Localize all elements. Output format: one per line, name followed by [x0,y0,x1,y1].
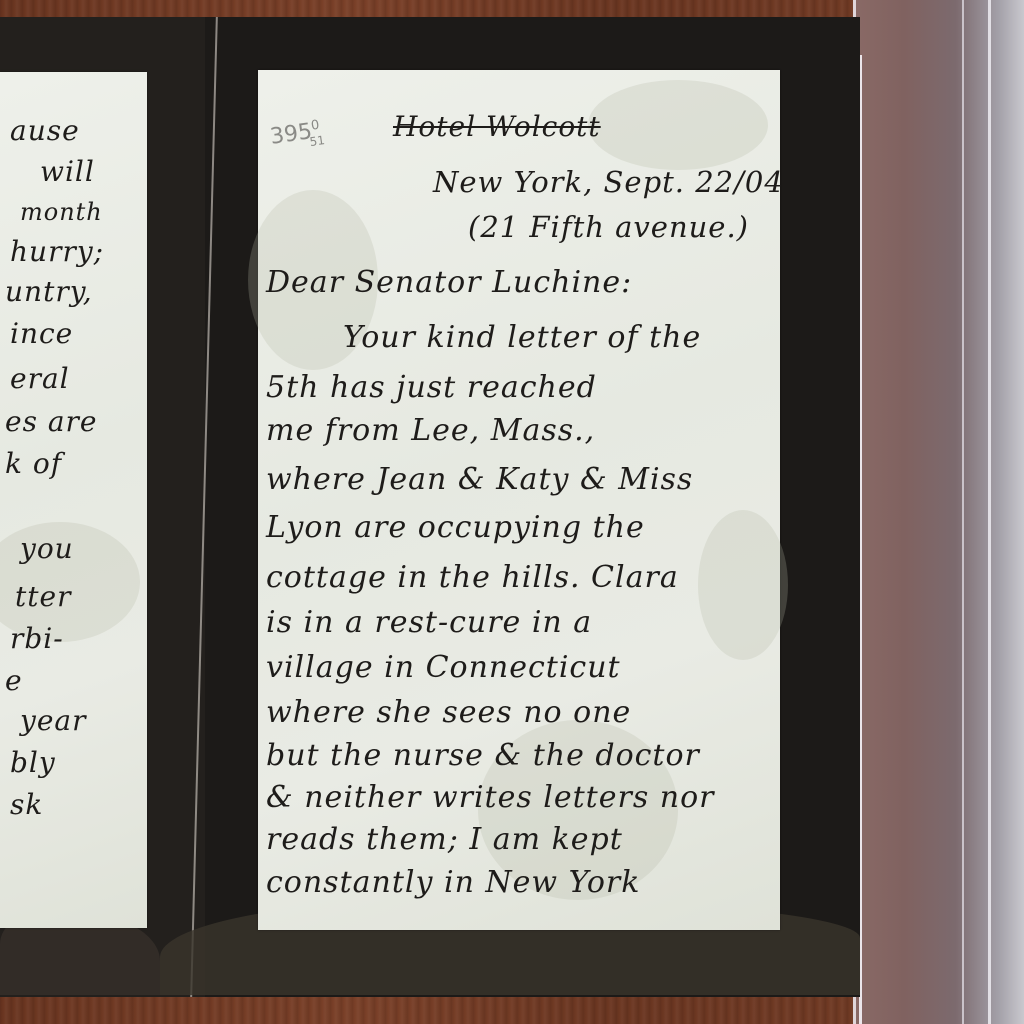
handwritten-line: untry, [5,275,93,308]
handwritten-line: rbi- [10,622,64,655]
handwritten-line: e [5,664,23,697]
sleeve-edge [962,0,964,1024]
address-line: (21 Fifth avenue.) [468,210,749,244]
letter-body-line: & neither writes letters nor [266,780,714,815]
handwritten-line: sk [10,788,43,821]
letter-body-line: where she sees no one [266,695,631,730]
letter-body-line: Lyon are occupying the [266,510,645,545]
struck-letterhead: Hotel Wolcott [393,110,601,143]
handwritten-line: tter [15,580,71,613]
letter-body-line: is in a rest-cure in a [266,605,592,640]
handwritten-line: you [20,532,74,565]
handwritten-line: ause [10,114,80,147]
handwritten-line: hurry; [10,235,104,268]
letter-body-line: 5th has just reached [266,370,597,405]
handwritten-line: will [40,155,95,188]
letter-body-line: but the nurse & the doctor [266,738,700,773]
letter-body-line: village in Connecticut [266,650,621,685]
letter-body-line: cottage in the hills. Clara [266,560,679,595]
handwritten-line: ince [10,317,73,350]
sleeve-edge [988,0,991,1024]
letter-body-line: reads them; I am kept [266,822,623,857]
plastic-holder-sleeve [853,0,1024,1024]
letter-body-line: where Jean & Katy & Miss [266,462,693,497]
letter-page-right: 395051 Hotel Wolcott New York, Sept. 22/… [258,70,780,930]
handwritten-line: bly [10,746,56,779]
letter-body-line: Your kind letter of the [343,320,701,355]
letter-body-line: me from Lee, Mass., [266,413,595,448]
pencil-inventory-note: 395051 [269,116,337,150]
salutation: Dear Senator Luchine: [266,265,632,300]
handwritten-line: k of [5,447,62,480]
dateline: New York, Sept. 22/04 [433,165,784,199]
handwritten-line: month [20,198,103,226]
handwritten-line: es are [5,405,98,438]
handwritten-line: eral [10,362,70,395]
handwritten-line: year [20,704,86,737]
letter-body-line: constantly in New York [266,865,640,900]
letter-page-left: ause will month hurry; untry, ince eral … [0,72,147,928]
